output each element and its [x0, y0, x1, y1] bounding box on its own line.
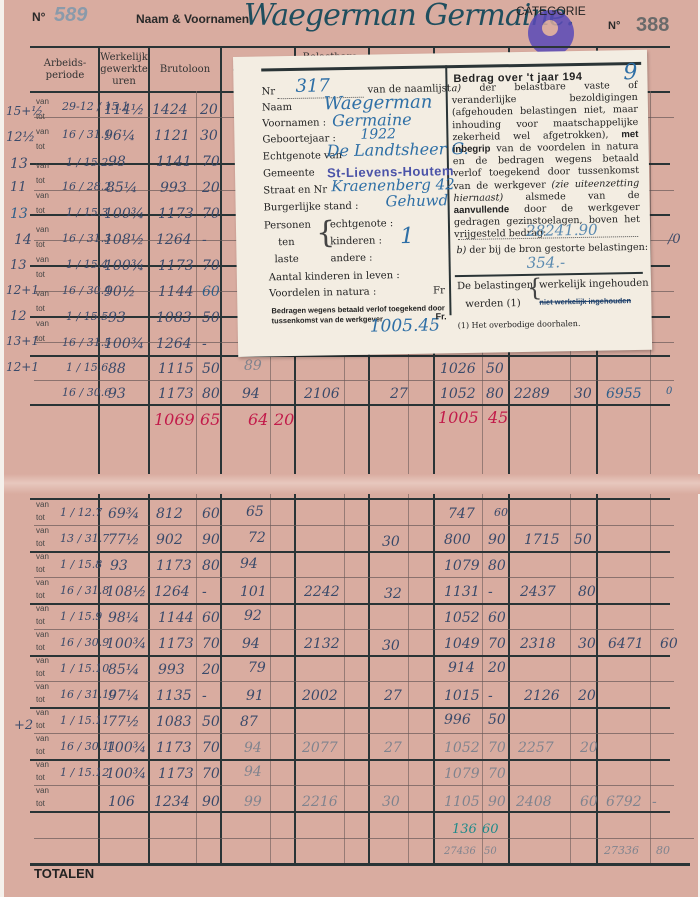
margin-note: 13+1	[6, 334, 39, 348]
row-rule	[34, 733, 674, 734]
burgerlijke-value: Gehuwd	[385, 191, 448, 210]
faint-note: 27436	[444, 846, 476, 857]
total: 6792	[606, 794, 642, 810]
period: 1 / 15.8	[60, 558, 102, 571]
row-label-group: vantot vantot vantot vantot vantot vanto…	[36, 94, 49, 346]
net-cents: 70	[488, 636, 506, 652]
gross-cents: 70	[202, 206, 220, 222]
werden-label: werden (1)	[465, 298, 521, 310]
laste-label: laste	[274, 254, 298, 265]
period: 16 / 28.2	[62, 180, 111, 193]
tax: 27	[384, 740, 402, 756]
margin-note: +2	[14, 718, 33, 733]
row-label-group: vantot vantot vantot vantot vantot vanto…	[36, 498, 49, 810]
pct: 72	[248, 530, 266, 546]
row-rule	[34, 577, 674, 578]
gemeente-label: Gemeente	[263, 168, 315, 180]
net: 1015	[444, 688, 480, 704]
gross: 993	[158, 662, 185, 678]
hours: 108½	[106, 584, 146, 600]
hours: 77½	[108, 532, 139, 548]
hours: 97¼	[108, 688, 139, 704]
teal-note-cents: 60	[482, 822, 499, 837]
sum-cents: 20	[580, 740, 598, 756]
hours: 100¾	[106, 766, 146, 782]
net-cents: 60	[494, 506, 508, 519]
net-cents: 70	[488, 740, 506, 756]
sum-cents: 60	[580, 794, 598, 810]
net: 1079	[444, 558, 480, 574]
hours: 85¼	[108, 662, 139, 678]
hours: 98¼	[108, 610, 139, 626]
para-text: der belastbare vaste of veranderlijke be…	[452, 80, 639, 143]
period: 1 / 15.9	[60, 610, 102, 623]
net: 996	[444, 712, 471, 728]
right-margin-note: /0	[668, 232, 681, 247]
hours: 96¼	[104, 128, 135, 144]
option-ingehouden[interactable]: werkelijk ingehouden	[539, 278, 649, 291]
row-rule	[34, 525, 674, 526]
margin-note: 12+1	[6, 360, 39, 374]
gross: 1173	[158, 206, 194, 222]
faint-total-cents: 80	[656, 844, 670, 857]
pct: 94	[242, 386, 260, 402]
name-label: Naam & Voornamen	[136, 12, 249, 26]
net-cents: -	[488, 688, 493, 704]
gross-cents: 90	[202, 794, 220, 810]
hours: 108½	[104, 232, 144, 248]
sum-cents: 20	[578, 688, 596, 704]
margin-note: 13	[10, 258, 27, 273]
hours: 114½	[104, 102, 144, 118]
pct: 89	[244, 358, 262, 374]
hours: 100¾	[104, 206, 144, 222]
faint-total: 27336	[604, 844, 639, 857]
gross-cents: 90	[202, 532, 220, 548]
period: 1 / 15.12	[60, 766, 109, 779]
row-rule	[34, 838, 694, 839]
category-label: CATEGORIE	[516, 4, 586, 18]
period: 13 / 31.7	[60, 532, 109, 545]
pct: 94	[240, 556, 258, 572]
header-rule	[30, 46, 670, 48]
hours: 88	[108, 361, 126, 377]
gross: 1264	[156, 336, 192, 352]
margin-note: 13	[10, 156, 28, 172]
faint-note-cents: 50	[484, 846, 497, 857]
gross-cents: 50	[202, 714, 220, 730]
net-cents: 50	[488, 712, 506, 728]
gross: 1121	[154, 128, 190, 144]
net: 1052	[444, 740, 480, 756]
b-value: 354.-	[526, 253, 565, 272]
sum: 2126	[524, 688, 560, 704]
total: 6471	[608, 636, 644, 652]
echtgenote2-label: echtgenote :	[330, 218, 393, 230]
subtotal-gross: 1069	[154, 410, 195, 429]
net-cents: 90	[488, 532, 506, 548]
hours: 90½	[104, 284, 135, 300]
row-rule	[30, 707, 670, 709]
hours: 85¼	[106, 180, 137, 196]
burgerlijke-label: Burgerlijke stand :	[264, 201, 359, 214]
hours: 93	[108, 310, 126, 326]
gross-cents: 60	[202, 284, 220, 300]
net: 1105	[444, 794, 480, 810]
kinderen-label: kinderen :	[330, 235, 382, 247]
total-cents: -	[652, 794, 657, 810]
card-number-value: 589	[54, 4, 87, 27]
gross: 1264	[156, 232, 192, 248]
net-cents: 70	[488, 766, 506, 782]
sum: 2257	[518, 740, 554, 756]
pct: 94	[242, 636, 260, 652]
fr2-label: Fr.	[435, 311, 446, 321]
pct: 87	[240, 714, 258, 730]
net-cents: 80	[486, 386, 504, 402]
card-number-label: N°	[32, 10, 45, 24]
gross-cents: 60	[202, 506, 220, 522]
andere-label: andere :	[330, 253, 372, 265]
slip-top-rule	[261, 62, 641, 72]
margin-note: 12+1	[6, 283, 39, 297]
net: 800	[444, 532, 471, 548]
total-cents: 60	[660, 636, 678, 652]
period: 16 / 30.6	[62, 386, 111, 399]
row-rule	[34, 785, 674, 786]
gross: 1144	[158, 284, 194, 300]
period: 1 / 15.2	[66, 156, 108, 169]
gross-cents: 20	[202, 662, 220, 678]
paragraph-a: a) der belastbare vaste of veranderlijke…	[451, 80, 640, 242]
aantal-label: Aantal kinderen in leven :	[269, 270, 400, 283]
pct: 91	[246, 688, 264, 704]
footnote: (1) Het overbodige doorhalen.	[458, 319, 581, 330]
margin-note: 13	[10, 206, 28, 222]
period: 1 / 15.11	[60, 714, 109, 727]
row-rule	[34, 681, 674, 682]
sum: 2437	[520, 584, 556, 600]
margin-note: 15+½	[6, 104, 43, 118]
gross: 1141	[156, 154, 192, 170]
gross: 1083	[156, 714, 192, 730]
row-rule	[30, 655, 670, 657]
sum: 1715	[524, 532, 560, 548]
gross: 1173	[158, 766, 194, 782]
row-rule	[30, 759, 670, 761]
gross-cents: 70	[202, 154, 220, 170]
period: 1 / 15.10	[60, 662, 109, 675]
gross-cents: 70	[202, 258, 220, 274]
margin-note: 11	[10, 180, 27, 195]
tax: 30	[382, 638, 400, 654]
gross: 1264	[154, 584, 190, 600]
gross: 1173	[156, 558, 192, 574]
totals-label: TOTALEN	[34, 866, 94, 881]
gross-cents: 70	[202, 636, 220, 652]
gross-cents: 80	[202, 386, 220, 402]
tax: 30	[382, 794, 400, 810]
subtotal-pct: 64	[248, 410, 268, 429]
gross: 1424	[152, 102, 188, 118]
row-rule	[30, 498, 670, 500]
net-cents: 90	[488, 794, 506, 810]
tax-slip: Nr 317 van de naamlijst Naam Waegerman V…	[233, 50, 652, 357]
gross: 1234	[154, 794, 190, 810]
category-number: N° 388	[608, 20, 620, 32]
net-cents: 50	[486, 361, 504, 377]
gross: 993	[160, 180, 187, 196]
kinderen-value: 1	[400, 224, 414, 249]
period: 1 / 12.7	[60, 506, 102, 519]
gross: 1173	[158, 636, 194, 652]
net: 1079	[444, 766, 480, 782]
gross-cents: 30	[200, 128, 218, 144]
pct: 65	[246, 504, 264, 520]
voornamen-label: Voornamen :	[262, 117, 326, 129]
hours: 100¾	[104, 258, 144, 274]
ten-label: ten	[278, 237, 295, 248]
row-rule	[34, 629, 674, 630]
gross: 1173	[158, 386, 194, 402]
net: 747	[448, 506, 475, 522]
period: 16 / 31.8	[60, 584, 109, 597]
gross-cents: 60	[202, 610, 220, 626]
gross: 902	[156, 532, 183, 548]
net: 914	[448, 660, 475, 676]
pct: 99	[244, 794, 262, 810]
gross-cents: 20	[200, 102, 218, 118]
pct: 92	[244, 608, 262, 624]
row-rule	[30, 603, 670, 605]
option-niet-ingehouden[interactable]: niet werkelijk ingehouden	[539, 296, 631, 307]
sum-cents: 80	[578, 584, 596, 600]
gross-cents: -	[202, 584, 207, 600]
voordelen-label: Voordelen in natura :	[269, 287, 376, 300]
hours: 106	[108, 794, 135, 810]
tax: 27	[390, 386, 408, 402]
a-marker: a)	[451, 83, 461, 94]
teal-note: 136	[452, 822, 477, 837]
gross: 812	[156, 506, 183, 522]
net-cents: 20	[488, 660, 506, 676]
sum: 2408	[516, 794, 552, 810]
row-rule	[34, 380, 674, 381]
fr-label: Fr	[433, 285, 445, 296]
gross-cents: 50	[202, 310, 220, 326]
tax: 27	[384, 688, 402, 704]
row-rule	[30, 404, 670, 406]
pct: 94	[244, 764, 262, 780]
net-cents: 60	[488, 610, 506, 626]
period: 16 / 30.9	[60, 636, 109, 649]
taxable: 2002	[302, 688, 338, 704]
taxable: 2132	[304, 636, 340, 652]
hours: 100¾	[106, 636, 146, 652]
period: 1 / 15.4	[66, 258, 108, 271]
row-rule	[30, 551, 670, 553]
totals-rule	[30, 863, 690, 866]
gross: 1135	[156, 688, 192, 704]
hours: 93	[110, 558, 128, 574]
straat-label: Straat en Nr	[263, 184, 327, 196]
sum: 2289	[514, 386, 550, 402]
net: 1026	[440, 361, 476, 377]
period: 1 / 15.6	[66, 361, 108, 374]
gross: 1173	[158, 258, 194, 274]
sum-cents: 30	[578, 636, 596, 652]
gross-cents: 80	[202, 558, 220, 574]
gross-cents: 50	[202, 361, 220, 377]
gross-cents: -	[202, 232, 207, 248]
period: 1 / 15.3	[66, 206, 108, 219]
hours: 93	[108, 386, 126, 402]
personen-label: Personen	[264, 220, 311, 232]
gross: 1115	[158, 361, 194, 377]
taxable: 2242	[304, 584, 340, 600]
margin-note: 12	[10, 309, 27, 324]
sum-cents: 30	[574, 386, 592, 402]
net: 1049	[444, 636, 480, 652]
subtotal-net-cents: 45	[488, 408, 508, 427]
subtotal-gross-cents: 65	[200, 410, 220, 429]
row-rule	[30, 811, 670, 813]
echtgenote-value: De Landtsheer G.	[326, 139, 468, 160]
taxable: 2077	[302, 740, 338, 756]
tax: 32	[384, 586, 402, 602]
sum-cents: 50	[574, 532, 592, 548]
para-bold: aanvullende	[454, 204, 510, 216]
bedragen-value: 1005.45	[370, 315, 441, 336]
net-cents: 80	[488, 558, 506, 574]
taxable: 2216	[302, 794, 338, 810]
tax: 30	[382, 534, 400, 550]
col-header-gross: Brutoloon	[150, 64, 220, 76]
card-number: N° 589	[32, 10, 45, 24]
col-divider	[148, 46, 150, 866]
hours: 100¾	[104, 336, 144, 352]
total-cents: 0	[666, 386, 672, 397]
period: 1 / 15.5	[66, 310, 108, 323]
margin-note: 14	[14, 232, 32, 248]
subtotal-net: 1005	[438, 408, 479, 427]
col-header-hours: Werkelijk gewerkte uren	[100, 52, 148, 88]
slip-rule	[455, 272, 643, 277]
taxable: 2106	[304, 386, 340, 402]
net: 1131	[444, 584, 480, 600]
gross: 1144	[158, 610, 194, 626]
gross: 1173	[156, 740, 192, 756]
gross: 1083	[156, 310, 192, 326]
net: 1052	[440, 386, 476, 402]
b-marker: b)	[456, 245, 466, 256]
net-cents: -	[488, 584, 493, 600]
category-number-label: N°	[608, 20, 620, 32]
gross-cents: 70	[202, 740, 220, 756]
hours: 69¾	[108, 506, 139, 522]
col-divider	[220, 46, 222, 866]
pct: 79	[248, 660, 266, 676]
margin-note: 12½	[6, 130, 35, 145]
para-text: alsmede van de	[525, 190, 639, 203]
category-number-value: 388	[636, 14, 669, 37]
naam-label: Naam	[262, 102, 292, 114]
subtotal-pct-cents: 20	[274, 410, 294, 429]
hours: 98	[108, 154, 126, 170]
nr-label: Nr	[262, 86, 276, 97]
col-header-period: Arbeids- periode	[34, 58, 96, 82]
total: 6955	[606, 386, 642, 402]
net: 1052	[444, 610, 480, 626]
sum: 2318	[520, 636, 556, 652]
hours: 100¾	[106, 740, 146, 756]
paper-fold	[4, 474, 700, 494]
pct: 101	[240, 584, 267, 600]
geboortejaar-label: Geboortejaar :	[262, 133, 336, 145]
gross-cents: 20	[202, 180, 220, 196]
gross-cents: -	[202, 336, 207, 352]
hours: 77½	[108, 714, 139, 730]
gross-cents: -	[202, 688, 207, 704]
gross-cents: 70	[202, 766, 220, 782]
row-rule	[30, 355, 670, 357]
belastingen-label: De belastingen	[457, 280, 533, 292]
pct: 94	[244, 740, 262, 756]
